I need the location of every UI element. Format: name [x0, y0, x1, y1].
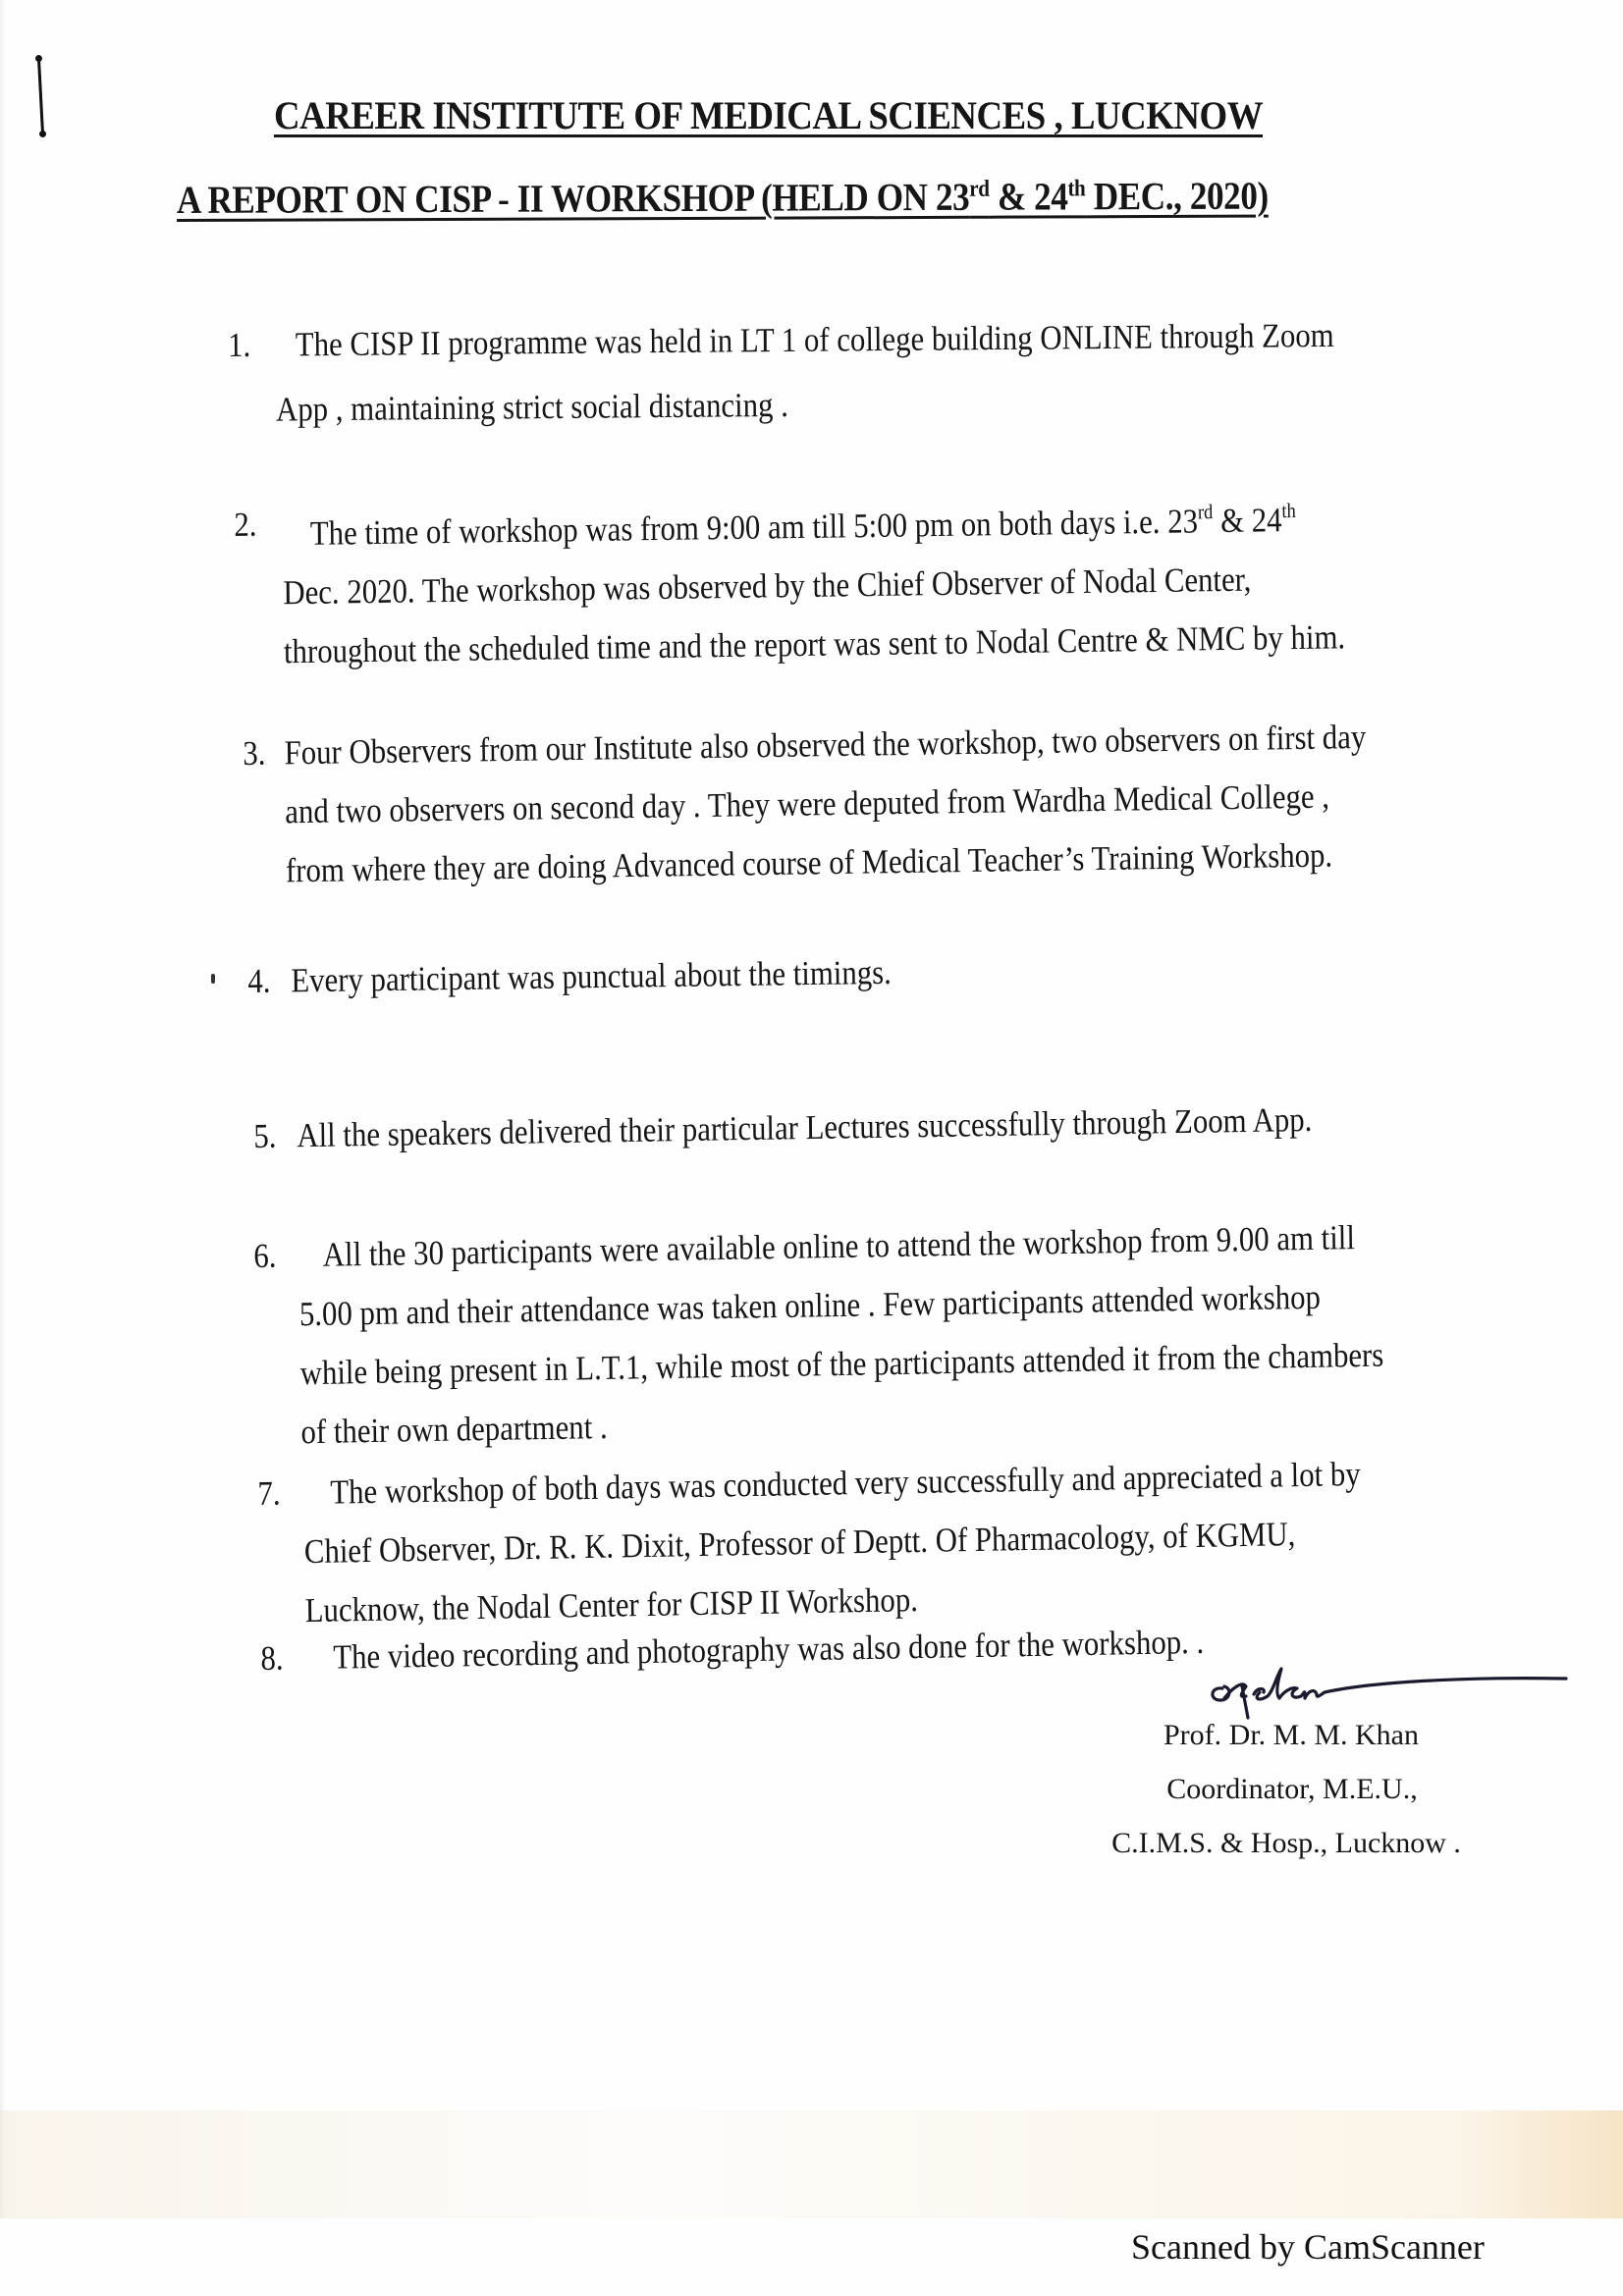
- item-line: Every participant was punctual about the…: [247, 943, 892, 1011]
- ordinal-suffix: rd: [1198, 500, 1214, 523]
- item-number: 1.: [228, 316, 251, 375]
- ordinal-suffix: th: [1067, 176, 1085, 201]
- item-number: 5.: [253, 1107, 277, 1166]
- signatory-designation: Coordinator, M.E.U.,: [1096, 1770, 1488, 1809]
- report-item-1: 1. The CISP II programme was held in LT …: [228, 306, 1334, 440]
- ordinal-suffix: th: [1281, 499, 1296, 522]
- item-number: 8.: [260, 1629, 284, 1688]
- ordinal-suffix: rd: [969, 177, 989, 202]
- report-title-suffix: DEC., 2020): [1085, 174, 1269, 219]
- item-line: The CISP II programme was held in LT 1 o…: [228, 306, 1334, 375]
- item-line: All the speakers delivered their particu…: [253, 1091, 1313, 1166]
- margin-pen-mark: [37, 57, 44, 135]
- scanned-page: CAREER INSTITUTE OF MEDICAL SCIENCES , L…: [0, 0, 1623, 2296]
- item-number: 7.: [257, 1465, 281, 1523]
- signatory-name: Prof. Dr. M. M. Khan: [1095, 1716, 1488, 1755]
- signatory-organization: C.I.M.S. & Hosp., Lucknow .: [1080, 1824, 1492, 1863]
- report-item-4: 4. Every participant was punctual about …: [247, 943, 892, 1011]
- report-title-prefix: A REPORT ON CISP - II WORKSHOP (HELD ON …: [177, 175, 969, 222]
- item-number: 3.: [243, 724, 266, 783]
- report-item-2: 2. The time of workshop was from 9:00 am…: [234, 480, 1345, 682]
- institute-heading: CAREER INSTITUTE OF MEDICAL SCIENCES , L…: [274, 92, 1263, 138]
- item-line: App , maintaining strict social distanci…: [228, 371, 1334, 440]
- scan-edge-shadow: [0, 0, 6, 2218]
- scan-speck: [211, 974, 215, 984]
- item-line-text: & 24: [1213, 501, 1282, 540]
- item-line-text: The time of workshop was from 9:00 am ti…: [310, 502, 1199, 553]
- paper-stain: [0, 2110, 1623, 2218]
- item-number: 4.: [247, 952, 271, 1011]
- report-item-3: 3. Four Observers from our Institute als…: [243, 708, 1368, 901]
- item-number: 6.: [253, 1227, 277, 1286]
- scanner-watermark: Scanned by CamScanner: [1131, 2226, 1485, 2268]
- report-title-middle: & 24: [989, 174, 1067, 218]
- report-item-5: 5. All the speakers delivered their part…: [253, 1091, 1313, 1166]
- item-number: 2.: [234, 496, 257, 555]
- report-item-6: 6. All the 30 participants were availabl…: [253, 1208, 1384, 1463]
- report-title: A REPORT ON CISP - II WORKSHOP (HELD ON …: [177, 173, 1269, 223]
